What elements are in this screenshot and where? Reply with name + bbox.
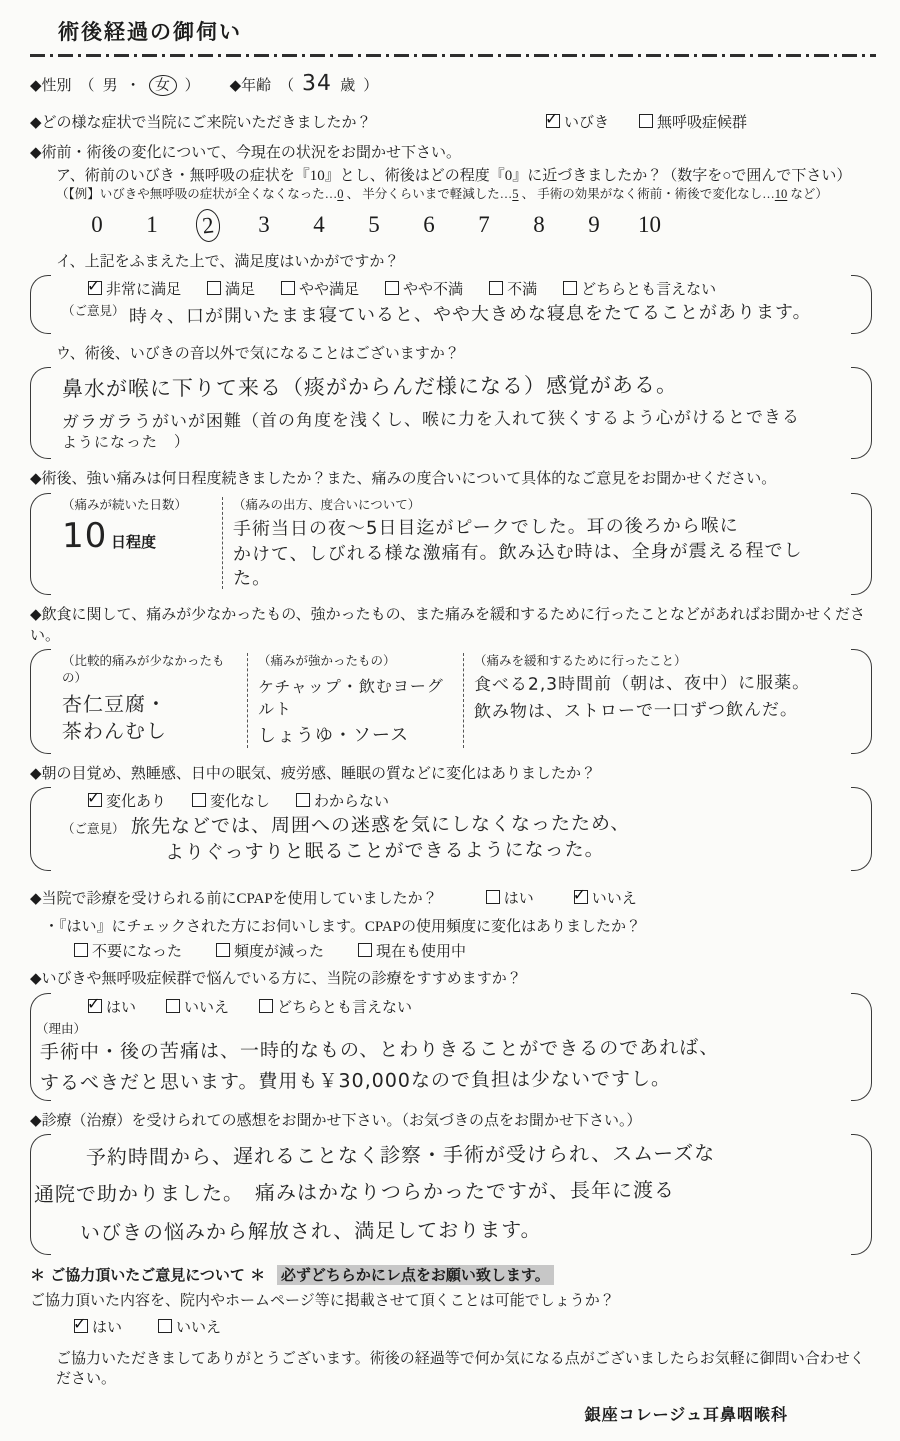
impression-line2[interactable]: 通院で助かりました。 痛みはかなりつらかったですが、長年に渡る [34, 1177, 675, 1208]
concerns-line1[interactable]: 鼻水が喉に下りて来る（痰がからんだ様になる）感覚がある。 [62, 371, 678, 404]
sleep-heading: ◆朝の目覚め、熟睡感、日中の眠気、疲労感、睡眠の質などに変化はありましたか？ [30, 764, 876, 784]
checkbox-icon[interactable] [158, 1319, 172, 1333]
recommend-line1[interactable]: 手術中・後の苦痛は、一時的なもの、とわりきることができるのであれば、 [40, 1035, 719, 1065]
concerns-section: ウ、術後、いびきの音以外で気になることはございますか？ 鼻水が喉に下りて来る（痰… [30, 344, 876, 460]
satisfaction-comment[interactable]: 時々、口が開いたまま寝ていると、やや大きめな寝息をたてることがあります。 [128, 301, 811, 330]
sleep-answer-box: 変化あり 変化なし わからない （ご意見） 旅先などでは、周囲への迷惑を気にしな… [30, 787, 872, 871]
option-label: はい [504, 889, 534, 907]
checkbox-icon[interactable] [385, 281, 399, 295]
checkbox-icon[interactable] [281, 281, 295, 295]
satisfaction-option-0[interactable]: 非常に満足 [88, 279, 181, 299]
eating-col2-line1[interactable]: ケチャップ・飲むヨーグルト [258, 675, 453, 720]
option-label: どちらとも言えない [277, 998, 412, 1016]
cpap-option-yes[interactable]: はい [486, 888, 534, 908]
scale-number[interactable]: 6 [418, 209, 440, 242]
symptom-row: ◆どの様な症状で当院にご来院いただきましたか？ いびき 無呼吸症候群 [30, 105, 876, 135]
pain-days-unit: 日程度 [111, 535, 156, 551]
option-label: 頻度が減った [234, 942, 324, 960]
eating-col3-line2[interactable]: 飲み物は、ストローで一口ずつ飲んだ。 [474, 698, 798, 723]
satisfaction-option-3[interactable]: やや不満 [385, 279, 463, 299]
recommend-answer-box: はい いいえ どちらとも言えない （理由） 手術中・後の苦痛は、一時的なもの、と… [30, 993, 872, 1101]
eating-col1-line1[interactable]: 杏仁豆腐・ [62, 690, 167, 718]
checkbox-icon[interactable] [88, 793, 102, 807]
option-label: やや満足 [299, 280, 359, 298]
option-label: 現在も使用中 [376, 942, 466, 960]
checkbox-icon[interactable] [546, 114, 560, 128]
cpap-option-no[interactable]: いいえ [574, 888, 637, 908]
sleep-option-0[interactable]: 変化あり [88, 791, 166, 811]
sleep-option-2[interactable]: わからない [296, 791, 389, 811]
symptom-question: ◆どの様な症状で当院にご来院いただきましたか？ [30, 113, 546, 133]
age-label: ◆年齢 [230, 76, 272, 96]
option-label: いいえ [176, 1318, 221, 1336]
recommend-question: ◆いびきや無呼吸症候群で悩んでいる方に、当院の診療をすすめますか？ [30, 969, 876, 989]
eating-section: ◆飲食に関して、痛みが少なかったもの、強かったもの、また痛みを緩和するために行っ… [30, 605, 876, 754]
impression-answer-box: 予約時間から、遅れることなく診察・手術が受けられ、スムーズな 通院で助かりました… [30, 1134, 872, 1255]
change-heading: ◆術前・術後の変化について、今現在の状況をお聞かせ下さい。 [30, 143, 876, 163]
symptom-option-apnea[interactable]: 無呼吸症候群 [639, 112, 747, 132]
change-example: （【例】いびきや無呼吸の症状が全くなくなった…0 、 半分くらいまで軽減した…5… [56, 186, 876, 203]
scale-number[interactable]: 3 [253, 209, 275, 242]
scale-number[interactable]: 1 [141, 209, 163, 242]
impression-line3[interactable]: いびきの悩みから解放され、満足しております。 [80, 1217, 542, 1247]
page-title: 術後経過の御伺い [58, 18, 876, 46]
pain-answer-box: （痛みが続いた日数） 10 日程度 （痛みの出方、度合いについて） 手術当日の夜… [30, 493, 872, 596]
checkbox-icon[interactable] [296, 793, 310, 807]
checkbox-icon[interactable] [88, 999, 102, 1013]
age-paren-open: （ [279, 76, 294, 96]
pain-section: ◆術後、強い痛みは何日程度続きましたか？また、痛みの度合いについて具体的なご意見… [30, 469, 876, 595]
age-paren-close: ） [363, 76, 378, 96]
option-label: どちらとも言えない [581, 280, 716, 298]
scale-number[interactable]: 0 [86, 209, 108, 242]
impression-line1[interactable]: 予約時間から、遅れることなく診察・手術が受けられ、スムーズな [86, 1140, 715, 1171]
pain-heading: ◆術後、強い痛みは何日程度続きましたか？また、痛みの度合いについて具体的なご意見… [30, 469, 876, 489]
scale-number[interactable]: 2 [194, 207, 221, 242]
eating-col-more-pain: （痛みが強かったもの） ケチャップ・飲むヨーグルト しょうゆ・ソース [258, 653, 453, 748]
checkbox-icon[interactable] [563, 281, 577, 295]
pain-desc-label: （痛みの出方、度合いについて） [233, 497, 836, 514]
cpap-question1: ◆当院で診療を受けられる前にCPAPを使用していましたか？ [30, 889, 438, 909]
checkbox-icon[interactable] [207, 281, 221, 295]
checkbox-icon[interactable] [74, 943, 88, 957]
eating-col-less-pain: （比較的痛みが少なかったもの） 杏仁豆腐・ 茶わんむし [62, 653, 237, 748]
checkbox-icon[interactable] [489, 281, 503, 295]
scale-number[interactable]: 7 [473, 209, 495, 242]
eating-col2-line2[interactable]: しょうゆ・ソース [258, 723, 409, 748]
concerns-question: ウ、術後、いびきの音以外で気になることはございますか？ [56, 344, 876, 364]
recommend-option-0[interactable]: はい [88, 997, 136, 1017]
option-label: いいえ [592, 889, 637, 907]
option-label: 不満 [507, 280, 537, 298]
gender-paren-open: （ [80, 76, 95, 96]
eating-heading: ◆飲食に関して、痛みが少なかったもの、強かったもの、また痛みを緩和するために行っ… [30, 605, 876, 646]
cpap-freq-option-2[interactable]: 現在も使用中 [358, 941, 466, 961]
pain-desc-line1[interactable]: 手術当日の夜〜5日目迄がピークでした。耳の後ろから喉に [233, 515, 739, 543]
option-label: はい [92, 1318, 122, 1336]
pain-days-value[interactable]: 10 [62, 519, 108, 553]
satisfaction-option-2[interactable]: やや満足 [281, 279, 359, 299]
satisfaction-answer-box: 非常に満足 満足 やや満足 やや不満 不満 どちらとも言えない （ご意見） 時々… [30, 275, 872, 334]
concerns-answer-box: 鼻水が喉に下りて来る（痰がからんだ様になる）感覚がある。 ガラガラうがいが困難（… [30, 367, 872, 460]
satisfaction-section: イ、上記をふまえた上で、満足度はいかがですか？ 非常に満足 満足 やや満足 やや… [30, 252, 876, 334]
concerns-line2[interactable]: ガラガラうがいが困難（首の角度を浅くし、喉に力を入れて狭くするよう心がけるとでき… [62, 407, 800, 435]
gender-label: ◆性別 [30, 76, 72, 96]
gender-separator: ・ [126, 76, 141, 96]
pain-days-column: （痛みが続いた日数） 10 日程度 [62, 497, 212, 590]
cpap-question2: ・『はい』にチェックされた方にお伺いします。CPAPの使用頻度に変化はありました… [44, 917, 876, 937]
dash-dot-divider [30, 54, 876, 57]
footer-note-highlight: 必ずどちらかにレ点をお願い致します。 [277, 1265, 554, 1285]
recommend-line2[interactable]: するべきだと思います。費用も￥30,000なので負担は少ないですし。 [40, 1067, 671, 1097]
recommend-option-2[interactable]: どちらとも言えない [259, 997, 412, 1017]
footer-section: ＊ ご協力頂いたご意見について ＊ 必ずどちらかにレ点をお願い致します。 ご協力… [30, 1265, 876, 1425]
satisfaction-option-4[interactable]: 不満 [489, 279, 537, 299]
sleep-option-1[interactable]: 変化なし [192, 791, 270, 811]
satisfaction-option-5[interactable]: どちらとも言えない [563, 279, 716, 299]
pain-desc-column: （痛みの出方、度合いについて） 手術当日の夜〜5日目迄がピークでした。耳の後ろか… [233, 497, 836, 590]
cpap-freq-option-0[interactable]: 不要になった [74, 941, 182, 961]
eating-col-relief: （痛みを緩和するために行ったこと） 食べる2,3時間前（朝は、夜中）に服薬。 飲… [474, 653, 836, 748]
symptom-option-ibiki[interactable]: いびき [546, 112, 609, 132]
clinic-name: 銀座コレージュ耳鼻咽喉科 [30, 1404, 788, 1426]
publish-option-no[interactable]: いいえ [158, 1317, 221, 1337]
profile-row: ◆性別 （ 男 ・ 女 ） ◆年齢 （ 34 歳 ） [30, 69, 876, 99]
comment-label: （ご意見） [62, 821, 125, 838]
gender-paren-close: ） [185, 76, 200, 96]
thanks-text: ご協力いただきましてありがとうございます。術後の経過等で何か気になる点がございま… [56, 1349, 876, 1390]
eating-col3-line1[interactable]: 食べる2,3時間前（朝は、夜中）に服薬。 [474, 671, 810, 696]
scale-number[interactable]: 9 [583, 209, 605, 242]
option-label: いびき [564, 113, 609, 131]
footer-note-prefix: ＊ ご協力頂いたご意見について ＊ [30, 1266, 265, 1284]
pain-desc-line2[interactable]: かけて、しびれる様な激痛有。飲み込む時は、全身が震える程でした。 [233, 539, 836, 592]
cpap-freq-option-1[interactable]: 頻度が減った [216, 941, 324, 961]
option-label: はい [106, 998, 136, 1016]
eating-col1-line2[interactable]: 茶わんむし [62, 717, 167, 745]
comment-label: （ご意見） [62, 303, 125, 320]
age-unit: 歳 [340, 76, 355, 96]
eating-answer-box: （比較的痛みが少なかったもの） 杏仁豆腐・ 茶わんむし （痛みが強かったもの） … [30, 649, 872, 754]
sleep-line2[interactable]: よりぐっすりと眠ることができるようになった。 [164, 837, 604, 866]
checkbox-icon[interactable] [639, 114, 653, 128]
option-label: 変化あり [106, 792, 166, 810]
option-label: 不要になった [92, 942, 182, 960]
checkbox-icon[interactable] [486, 890, 500, 904]
cpap-section: ◆当院で診療を受けられる前にCPAPを使用していましたか？ はい いいえ ・『は… [30, 881, 876, 962]
recommend-option-1[interactable]: いいえ [166, 997, 229, 1017]
checkbox-icon[interactable] [358, 943, 372, 957]
checkbox-icon[interactable] [74, 1319, 88, 1333]
checkbox-icon[interactable] [192, 793, 206, 807]
concerns-tail[interactable]: ようになった ） [62, 432, 190, 453]
gender-option-female-circled[interactable]: 女 [149, 75, 177, 96]
impression-section: ◆診療（治療）を受けられての感想をお聞かせ下さい。（お気づきの点をお聞かせ下さい… [30, 1111, 876, 1255]
satisfaction-question: イ、上記をふまえた上で、満足度はいかがですか？ [56, 252, 876, 272]
column-divider [222, 497, 223, 590]
eating-col1-label: （比較的痛みが少なかったもの） [62, 653, 237, 687]
option-label: 非常に満足 [106, 280, 181, 298]
scale-number[interactable]: 8 [528, 209, 550, 242]
change-line-a: ア、術前のいびき・無呼吸の症状を『10』とし、術後はどの程度『0』に近づきました… [56, 166, 876, 186]
publish-option-yes[interactable]: はい [74, 1317, 122, 1337]
sleep-line1[interactable]: 旅先などでは、周囲への迷惑を気にしなくなったため、 [130, 812, 629, 841]
impression-heading: ◆診療（治療）を受けられての感想をお聞かせ下さい。（お気づきの点をお聞かせ下さい… [30, 1111, 876, 1131]
publish-question: ご協力頂いた内容を、院内やホームページ等に掲載させて頂くことは可能でしょうか？ [30, 1291, 876, 1311]
checkbox-icon[interactable] [88, 281, 102, 295]
option-label: いいえ [184, 998, 229, 1016]
scale-number[interactable]: 4 [308, 209, 330, 242]
eating-col2-label: （痛みが強かったもの） [258, 653, 453, 670]
option-label: 変化なし [210, 792, 270, 810]
checkbox-icon[interactable] [216, 943, 230, 957]
option-label: 満足 [225, 280, 255, 298]
checkbox-icon[interactable] [166, 999, 180, 1013]
pain-days-label: （痛みが続いた日数） [62, 497, 212, 514]
gender-option-male[interactable]: 男 [103, 76, 118, 96]
column-divider [247, 653, 248, 748]
option-label: 無呼吸症候群 [657, 113, 747, 131]
age-value[interactable]: 34 [302, 69, 332, 99]
scale-number[interactable]: 5 [363, 209, 385, 242]
sleep-section: ◆朝の目覚め、熟睡感、日中の眠気、疲労感、睡眠の質などに変化はありましたか？ 変… [30, 764, 876, 871]
option-label: わからない [314, 792, 389, 810]
eating-col3-label: （痛みを緩和するために行ったこと） [474, 653, 836, 670]
option-label: やや不満 [403, 280, 463, 298]
column-divider [463, 653, 464, 748]
satisfaction-option-1[interactable]: 満足 [207, 279, 255, 299]
checkbox-icon[interactable] [574, 890, 588, 904]
scale-number[interactable]: 10 [638, 209, 661, 242]
change-section: ◆術前・術後の変化について、今現在の状況をお聞かせ下さい。 ア、術前のいびき・無… [30, 143, 876, 245]
recommend-section: ◆いびきや無呼吸症候群で悩んでいる方に、当院の診療をすすめますか？ はい いいえ… [30, 969, 876, 1101]
rating-scale: 0 1 2 3 4 5 6 7 8 9 10 [30, 203, 876, 246]
checkbox-icon[interactable] [259, 999, 273, 1013]
